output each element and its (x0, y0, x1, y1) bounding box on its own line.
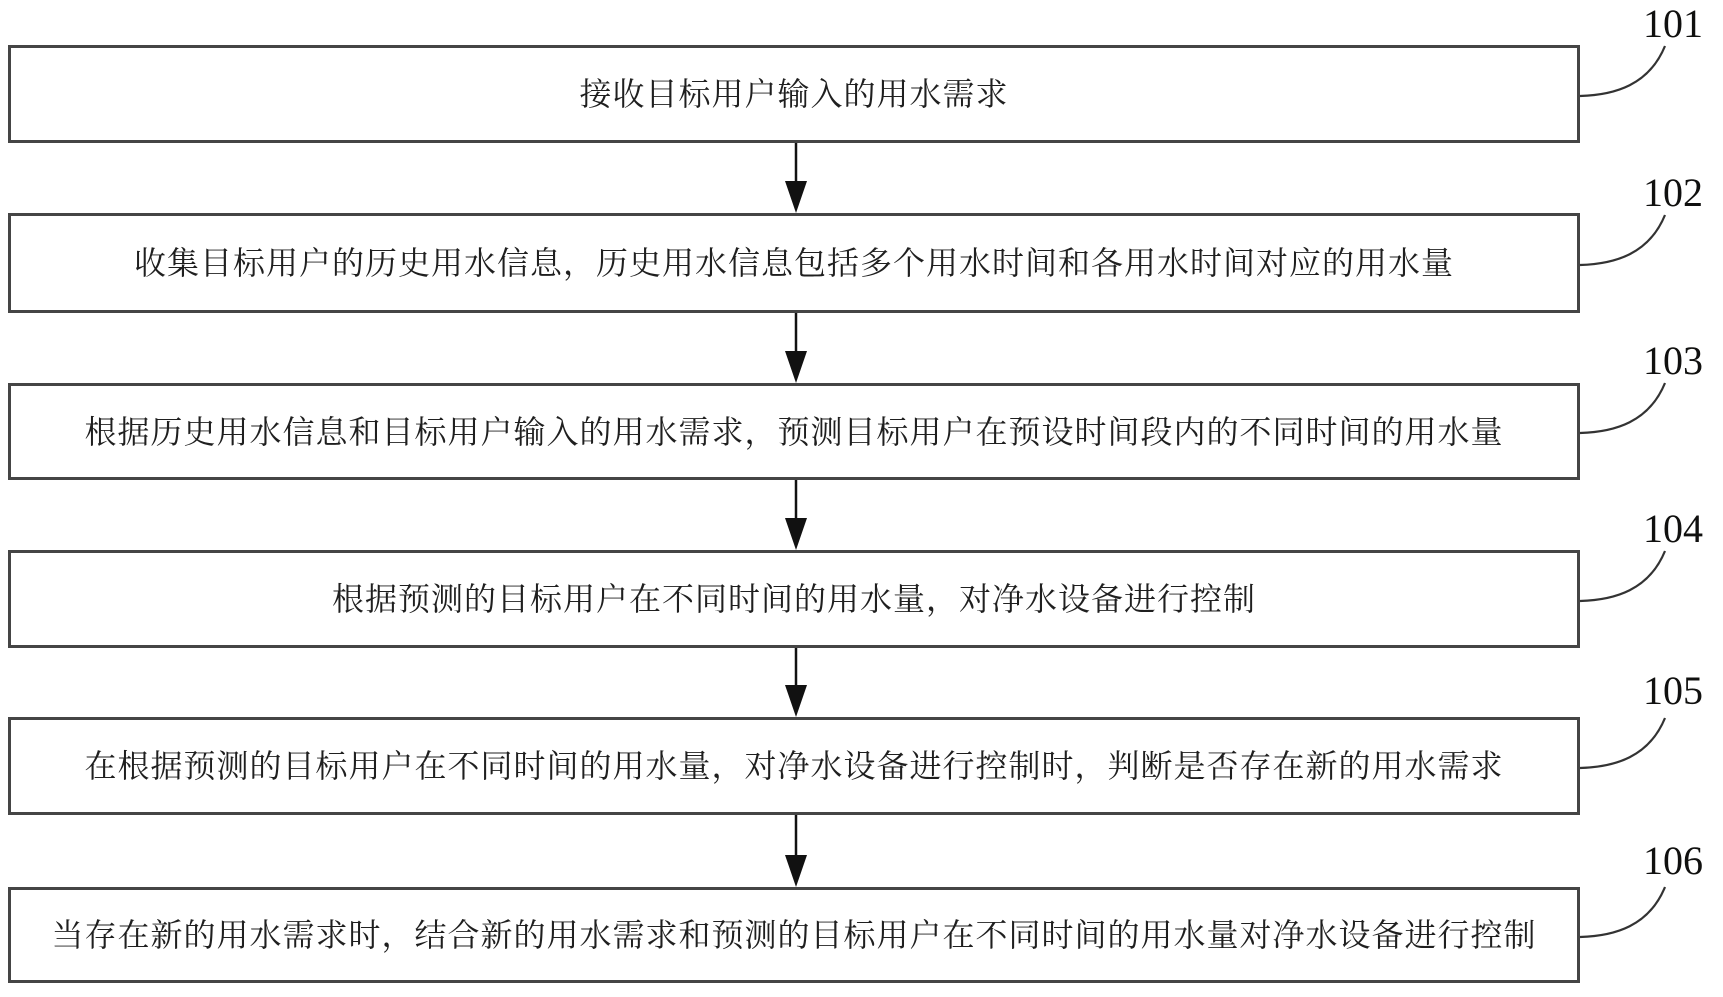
down-arrow-icon (781, 480, 811, 550)
step-box-102: 收集目标用户的历史用水信息，历史用水信息包括多个用水时间和各用水时间对应的用水量 (8, 213, 1580, 313)
step-box-103: 根据历史用水信息和目标用户输入的用水需求，预测目标用户在预设时间段内的不同时间的… (8, 383, 1580, 480)
down-arrow-icon (781, 815, 811, 887)
reference-line-101 (1579, 43, 1671, 101)
step-text-104: 根据预测的目标用户在不同时间的用水量，对净水设备进行控制 (308, 579, 1280, 619)
step-text-102: 收集目标用户的历史用水信息，历史用水信息包括多个用水时间和各用水时间对应的用水量 (110, 243, 1478, 283)
reference-line-102 (1579, 212, 1671, 270)
step-text-101: 接收目标用户输入的用水需求 (555, 74, 1032, 114)
step-box-104: 根据预测的目标用户在不同时间的用水量，对净水设备进行控制 (8, 550, 1580, 648)
step-label-104: 104 (1618, 507, 1723, 551)
reference-line-106 (1579, 884, 1671, 942)
step-text-103: 根据历史用水信息和目标用户输入的用水需求，预测目标用户在预设时间段内的不同时间的… (60, 412, 1527, 452)
down-arrow-icon (781, 648, 811, 717)
step-box-106: 当存在新的用水需求时，结合新的用水需求和预测的目标用户在不同时间的用水量对净水设… (8, 887, 1580, 983)
step-box-105: 在根据预测的目标用户在不同时间的用水量，对净水设备进行控制时，判断是否存在新的用… (8, 717, 1580, 815)
reference-line-103 (1579, 380, 1671, 438)
step-label-101: 101 (1618, 2, 1723, 46)
down-arrow-icon (781, 143, 811, 213)
step-box-101: 接收目标用户输入的用水需求 (8, 45, 1580, 143)
step-label-103: 103 (1618, 339, 1723, 383)
step-text-105: 在根据预测的目标用户在不同时间的用水量，对净水设备进行控制时，判断是否存在新的用… (60, 746, 1527, 786)
step-label-105: 105 (1618, 669, 1723, 713)
step-label-106: 106 (1618, 839, 1723, 883)
reference-line-105 (1579, 715, 1671, 773)
flowchart-figure: 接收目标用户输入的用水需求 收集目标用户的历史用水信息，历史用水信息包括多个用水… (0, 0, 1723, 997)
down-arrow-icon (781, 313, 811, 383)
step-label-102: 102 (1618, 171, 1723, 215)
reference-line-104 (1579, 548, 1671, 606)
step-text-106: 当存在新的用水需求时，结合新的用水需求和预测的目标用户在不同时间的用水量对净水设… (27, 915, 1560, 955)
